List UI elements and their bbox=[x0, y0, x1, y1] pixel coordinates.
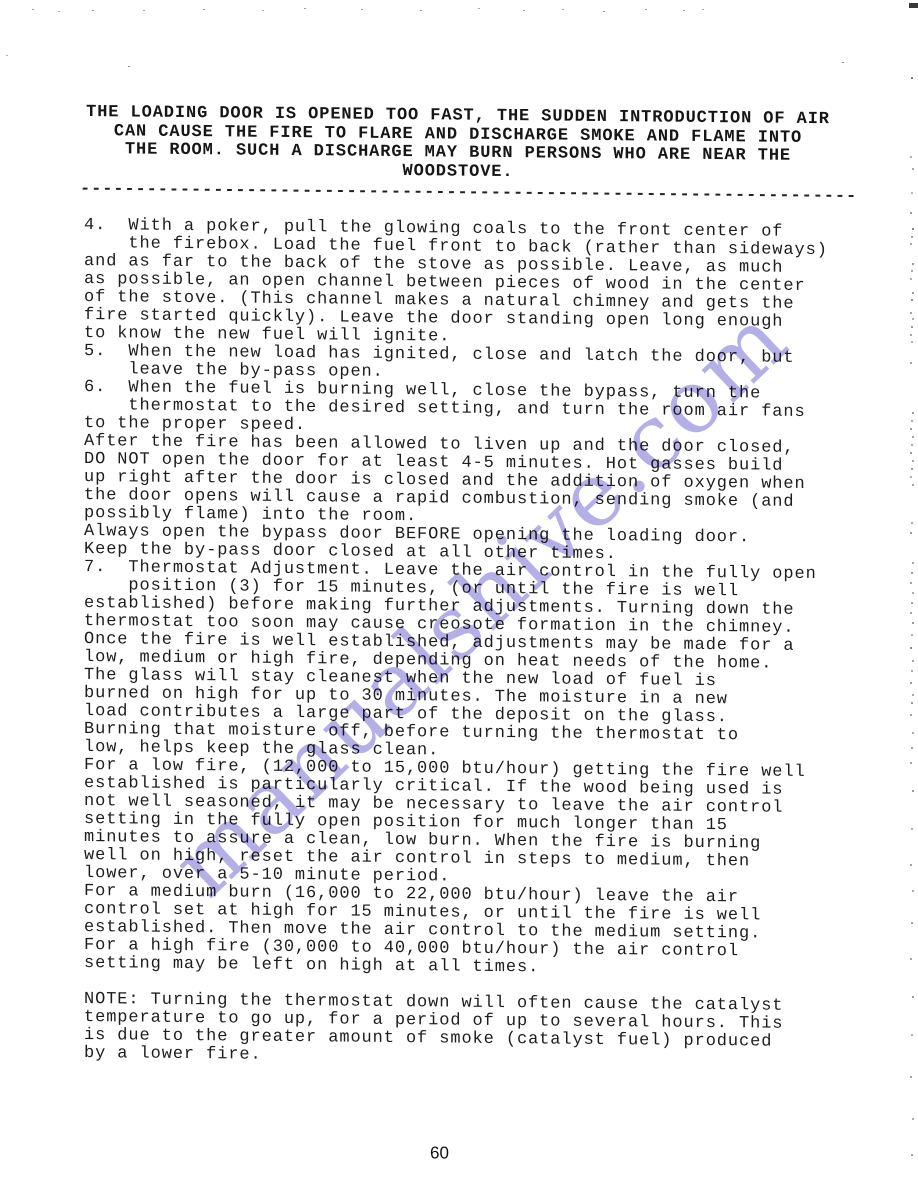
scan-artifact-corner bbox=[909, 3, 918, 8]
scanned-manual-page: THE LOADING DOOR IS OPENED TOO FAST, THE… bbox=[0, 0, 918, 1188]
scan-noise-top bbox=[0, 0, 2, 1]
instructions-body: 4. With a poker, pull the glowing coals … bbox=[84, 217, 844, 1070]
warning-header: THE LOADING DOOR IS OPENED TOO FAST, THE… bbox=[84, 104, 832, 185]
scan-noise-right-edge bbox=[908, 0, 910, 2]
page-number: 60 bbox=[430, 1143, 449, 1163]
page-content: THE LOADING DOOR IS OPENED TOO FAST, THE… bbox=[84, 0, 836, 7]
